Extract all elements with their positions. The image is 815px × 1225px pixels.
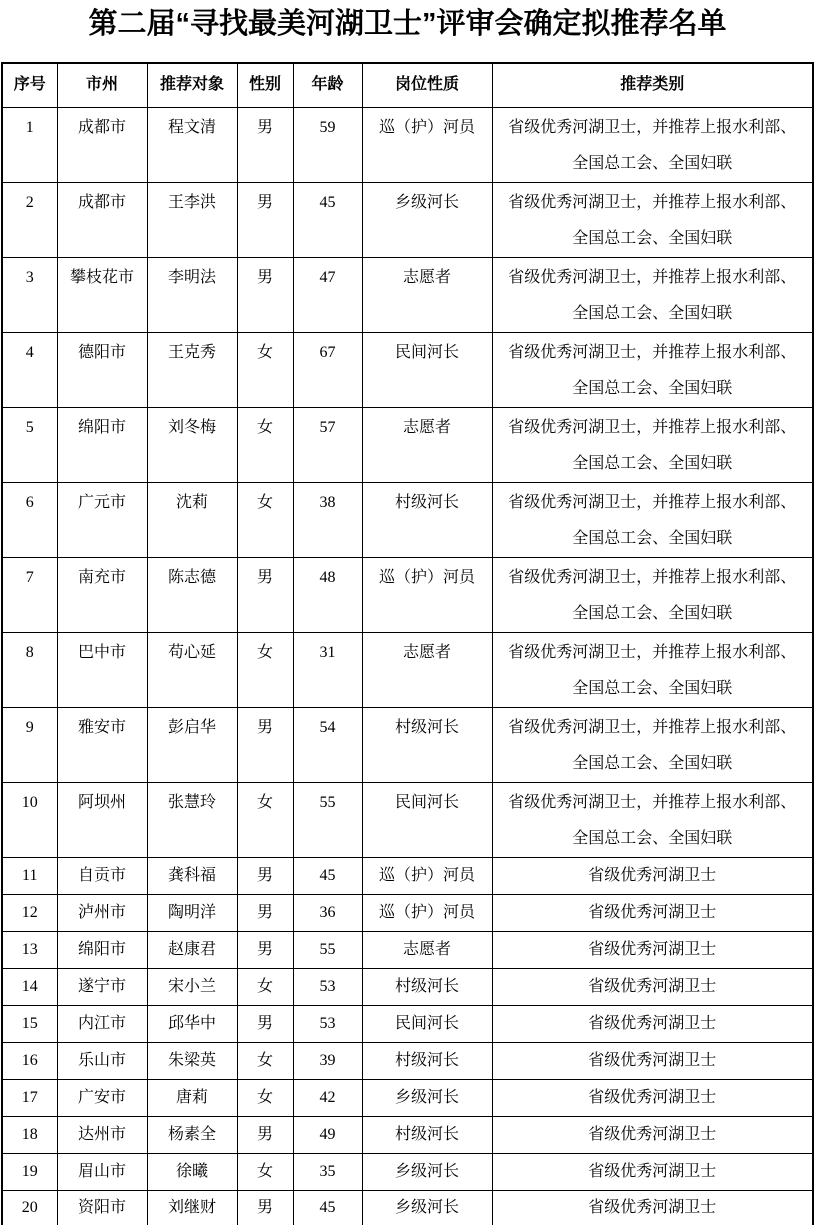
cell-no: 11 [2,857,57,894]
cell-city: 遂宁市 [57,968,147,1005]
cell-age: 57 [293,407,362,482]
cell-name: 李明法 [147,257,237,332]
column-header-position: 岗位性质 [362,63,492,107]
page-title: 第二届“寻找最美河湖卫士”评审会确定拟推荐名单 [0,6,815,42]
cell-gender: 男 [237,107,293,182]
cell-name: 龚科福 [147,857,237,894]
cell-category: 省级优秀河湖卫士 [492,1005,813,1042]
table-row: 1成都市程文清男59巡（护）河员省级优秀河湖卫士，并推荐上报水利部、全国总工会、… [2,107,813,182]
cell-no: 14 [2,968,57,1005]
cell-no: 6 [2,482,57,557]
cell-category: 省级优秀河湖卫士，并推荐上报水利部、全国总工会、全国妇联 [492,257,813,332]
cell-position: 民间河长 [362,782,492,857]
cell-gender: 男 [237,707,293,782]
table-row: 19眉山市徐曦女35乡级河长省级优秀河湖卫士 [2,1153,813,1190]
table-row: 7南充市陈志德男48巡（护）河员省级优秀河湖卫士，并推荐上报水利部、全国总工会、… [2,557,813,632]
cell-gender: 女 [237,1042,293,1079]
cell-category: 省级优秀河湖卫士，并推荐上报水利部、全国总工会、全国妇联 [492,182,813,257]
cell-name: 赵康君 [147,931,237,968]
cell-gender: 男 [237,931,293,968]
cell-city: 巴中市 [57,632,147,707]
cell-age: 45 [293,857,362,894]
cell-no: 4 [2,332,57,407]
cell-city: 泸州市 [57,894,147,931]
cell-name: 刘冬梅 [147,407,237,482]
cell-age: 55 [293,782,362,857]
cell-gender: 男 [237,257,293,332]
cell-position: 巡（护）河员 [362,107,492,182]
cell-position: 乡级河长 [362,1079,492,1116]
cell-category: 省级优秀河湖卫士 [492,894,813,931]
cell-city: 雅安市 [57,707,147,782]
cell-no: 9 [2,707,57,782]
cell-name: 邱华中 [147,1005,237,1042]
table-row: 6广元市沈莉女38村级河长省级优秀河湖卫士，并推荐上报水利部、全国总工会、全国妇… [2,482,813,557]
cell-no: 3 [2,257,57,332]
cell-gender: 男 [237,894,293,931]
column-header-no: 序号 [2,63,57,107]
cell-age: 47 [293,257,362,332]
table-row: 20资阳市刘继财男45乡级河长省级优秀河湖卫士 [2,1190,813,1225]
cell-no: 19 [2,1153,57,1190]
cell-category: 省级优秀河湖卫士，并推荐上报水利部、全国总工会、全国妇联 [492,557,813,632]
cell-gender: 女 [237,482,293,557]
cell-name: 唐莉 [147,1079,237,1116]
cell-city: 眉山市 [57,1153,147,1190]
cell-city: 广元市 [57,482,147,557]
cell-city: 内江市 [57,1005,147,1042]
cell-city: 成都市 [57,182,147,257]
cell-age: 54 [293,707,362,782]
cell-name: 张慧玲 [147,782,237,857]
cell-position: 巡（护）河员 [362,857,492,894]
cell-city: 南充市 [57,557,147,632]
table-row: 5绵阳市刘冬梅女57志愿者省级优秀河湖卫士，并推荐上报水利部、全国总工会、全国妇… [2,407,813,482]
cell-no: 15 [2,1005,57,1042]
cell-gender: 女 [237,1153,293,1190]
cell-age: 38 [293,482,362,557]
cell-name: 徐曦 [147,1153,237,1190]
cell-no: 8 [2,632,57,707]
cell-category: 省级优秀河湖卫士 [492,968,813,1005]
cell-name: 宋小兰 [147,968,237,1005]
cell-gender: 男 [237,1005,293,1042]
document-page: 第二届“寻找最美河湖卫士”评审会确定拟推荐名单 序号 市州 推荐对象 性别 年龄… [0,0,815,1225]
table-row: 16乐山市朱梁英女39村级河长省级优秀河湖卫士 [2,1042,813,1079]
cell-city: 攀枝花市 [57,257,147,332]
column-header-name: 推荐对象 [147,63,237,107]
cell-gender: 男 [237,857,293,894]
cell-category: 省级优秀河湖卫士 [492,857,813,894]
cell-category: 省级优秀河湖卫士，并推荐上报水利部、全国总工会、全国妇联 [492,332,813,407]
cell-city: 阿坝州 [57,782,147,857]
cell-city: 成都市 [57,107,147,182]
cell-age: 67 [293,332,362,407]
cell-position: 村级河长 [362,1042,492,1079]
cell-position: 乡级河长 [362,1190,492,1225]
cell-age: 49 [293,1116,362,1153]
cell-gender: 男 [237,557,293,632]
cell-name: 程文清 [147,107,237,182]
cell-no: 20 [2,1190,57,1225]
cell-position: 村级河长 [362,707,492,782]
table-row: 18达州市杨素全男49村级河长省级优秀河湖卫士 [2,1116,813,1153]
cell-name: 杨素全 [147,1116,237,1153]
cell-name: 陈志德 [147,557,237,632]
cell-age: 53 [293,1005,362,1042]
cell-city: 广安市 [57,1079,147,1116]
column-header-age: 年龄 [293,63,362,107]
cell-position: 志愿者 [362,632,492,707]
cell-position: 志愿者 [362,257,492,332]
cell-age: 31 [293,632,362,707]
cell-position: 志愿者 [362,931,492,968]
cell-gender: 女 [237,1079,293,1116]
cell-name: 陶明洋 [147,894,237,931]
cell-name: 苟心延 [147,632,237,707]
table-row: 14遂宁市宋小兰女53村级河长省级优秀河湖卫士 [2,968,813,1005]
cell-age: 42 [293,1079,362,1116]
table-row: 9雅安市彭启华男54村级河长省级优秀河湖卫士，并推荐上报水利部、全国总工会、全国… [2,707,813,782]
cell-age: 39 [293,1042,362,1079]
cell-age: 45 [293,182,362,257]
cell-no: 2 [2,182,57,257]
cell-position: 巡（护）河员 [362,894,492,931]
column-header-city: 市州 [57,63,147,107]
cell-position: 村级河长 [362,968,492,1005]
cell-name: 彭启华 [147,707,237,782]
cell-category: 省级优秀河湖卫士，并推荐上报水利部、全国总工会、全国妇联 [492,782,813,857]
cell-position: 民间河长 [362,1005,492,1042]
table-row: 8巴中市苟心延女31志愿者省级优秀河湖卫士，并推荐上报水利部、全国总工会、全国妇… [2,632,813,707]
cell-no: 17 [2,1079,57,1116]
cell-name: 沈莉 [147,482,237,557]
cell-gender: 女 [237,332,293,407]
cell-gender: 男 [237,182,293,257]
table-row: 11自贡市龚科福男45巡（护）河员省级优秀河湖卫士 [2,857,813,894]
cell-category: 省级优秀河湖卫士，并推荐上报水利部、全国总工会、全国妇联 [492,107,813,182]
cell-position: 乡级河长 [362,1153,492,1190]
cell-name: 朱梁英 [147,1042,237,1079]
cell-city: 资阳市 [57,1190,147,1225]
table-row: 15内江市邱华中男53民间河长省级优秀河湖卫士 [2,1005,813,1042]
cell-category: 省级优秀河湖卫士，并推荐上报水利部、全国总工会、全国妇联 [492,482,813,557]
cell-no: 12 [2,894,57,931]
cell-gender: 女 [237,968,293,1005]
table-row: 4德阳市王克秀女67民间河长省级优秀河湖卫士，并推荐上报水利部、全国总工会、全国… [2,332,813,407]
cell-age: 53 [293,968,362,1005]
cell-category: 省级优秀河湖卫士，并推荐上报水利部、全国总工会、全国妇联 [492,632,813,707]
cell-no: 5 [2,407,57,482]
cell-city: 德阳市 [57,332,147,407]
cell-gender: 女 [237,632,293,707]
cell-city: 绵阳市 [57,931,147,968]
cell-city: 乐山市 [57,1042,147,1079]
table-row: 3攀枝花市李明法男47志愿者省级优秀河湖卫士，并推荐上报水利部、全国总工会、全国… [2,257,813,332]
cell-no: 16 [2,1042,57,1079]
cell-category: 省级优秀河湖卫士 [492,931,813,968]
cell-age: 59 [293,107,362,182]
cell-city: 达州市 [57,1116,147,1153]
cell-category: 省级优秀河湖卫士 [492,1042,813,1079]
cell-category: 省级优秀河湖卫士，并推荐上报水利部、全国总工会、全国妇联 [492,707,813,782]
cell-category: 省级优秀河湖卫士 [492,1190,813,1225]
cell-position: 巡（护）河员 [362,557,492,632]
column-header-gender: 性别 [237,63,293,107]
cell-category: 省级优秀河湖卫士，并推荐上报水利部、全国总工会、全国妇联 [492,407,813,482]
cell-age: 35 [293,1153,362,1190]
header-row: 序号 市州 推荐对象 性别 年龄 岗位性质 推荐类别 [2,63,813,107]
cell-category: 省级优秀河湖卫士 [492,1153,813,1190]
cell-city: 自贡市 [57,857,147,894]
column-header-category: 推荐类别 [492,63,813,107]
cell-name: 王克秀 [147,332,237,407]
cell-gender: 女 [237,407,293,482]
cell-category: 省级优秀河湖卫士 [492,1116,813,1153]
recommendation-table: 序号 市州 推荐对象 性别 年龄 岗位性质 推荐类别 1成都市程文清男59巡（护… [1,62,814,1225]
cell-age: 36 [293,894,362,931]
cell-position: 村级河长 [362,482,492,557]
cell-position: 乡级河长 [362,182,492,257]
cell-name: 刘继财 [147,1190,237,1225]
cell-no: 18 [2,1116,57,1153]
table-row: 12泸州市陶明洋男36巡（护）河员省级优秀河湖卫士 [2,894,813,931]
cell-gender: 女 [237,782,293,857]
cell-no: 1 [2,107,57,182]
cell-age: 48 [293,557,362,632]
cell-no: 7 [2,557,57,632]
table-row: 17广安市唐莉女42乡级河长省级优秀河湖卫士 [2,1079,813,1116]
cell-age: 55 [293,931,362,968]
cell-category: 省级优秀河湖卫士 [492,1079,813,1116]
cell-position: 村级河长 [362,1116,492,1153]
cell-gender: 男 [237,1190,293,1225]
table-row: 13绵阳市赵康君男55志愿者省级优秀河湖卫士 [2,931,813,968]
cell-gender: 男 [237,1116,293,1153]
table-row: 10阿坝州张慧玲女55民间河长省级优秀河湖卫士，并推荐上报水利部、全国总工会、全… [2,782,813,857]
cell-position: 民间河长 [362,332,492,407]
cell-age: 45 [293,1190,362,1225]
cell-position: 志愿者 [362,407,492,482]
cell-no: 10 [2,782,57,857]
cell-city: 绵阳市 [57,407,147,482]
cell-no: 13 [2,931,57,968]
table-row: 2成都市王李洪男45乡级河长省级优秀河湖卫士，并推荐上报水利部、全国总工会、全国… [2,182,813,257]
table-body: 1成都市程文清男59巡（护）河员省级优秀河湖卫士，并推荐上报水利部、全国总工会、… [2,107,813,1225]
cell-name: 王李洪 [147,182,237,257]
